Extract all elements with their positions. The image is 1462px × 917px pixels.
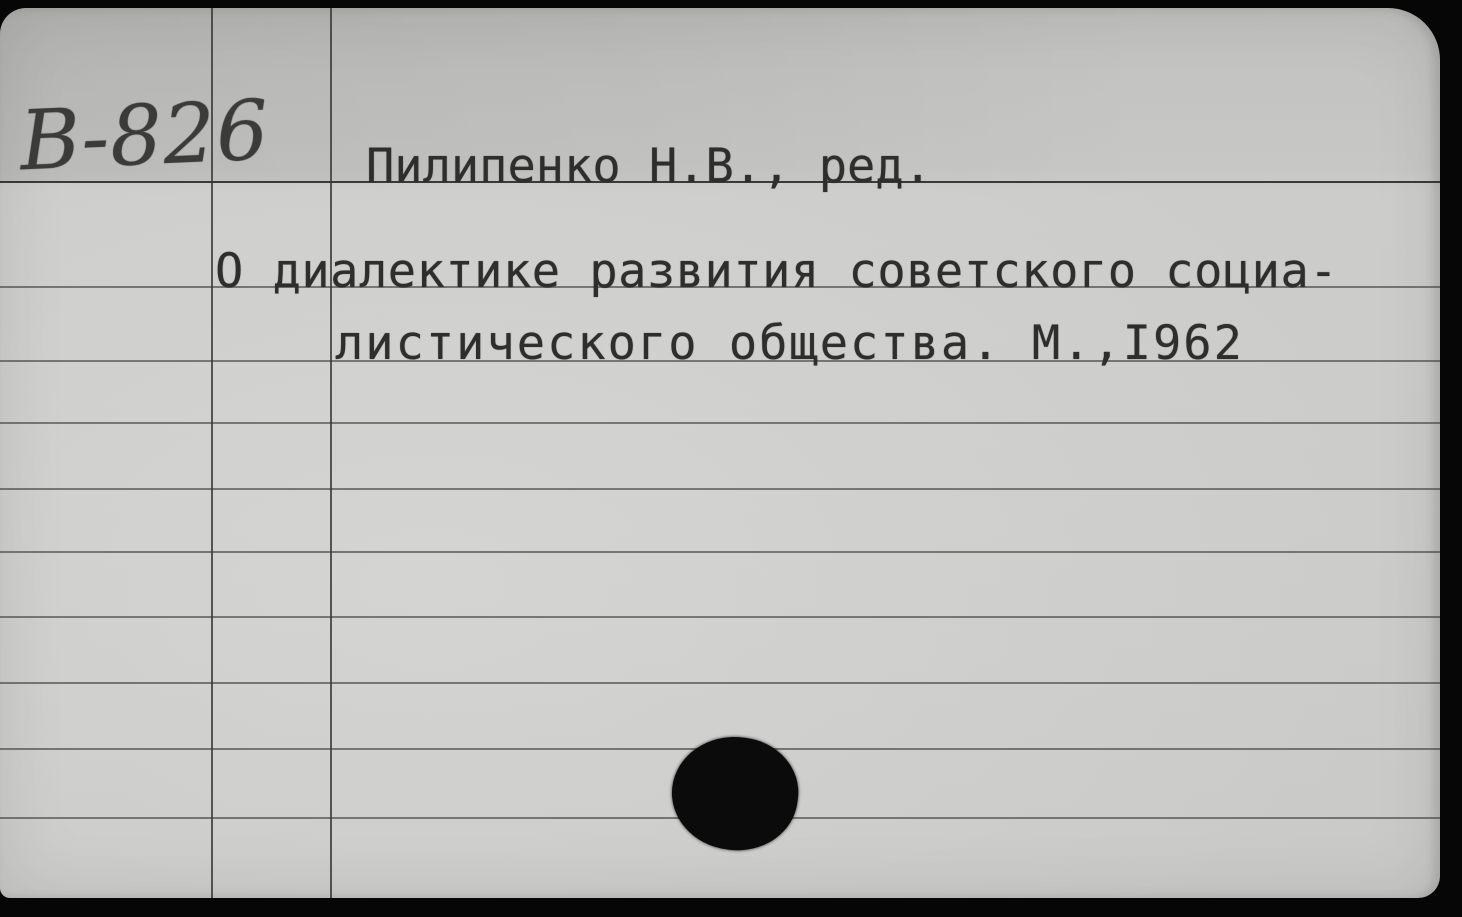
rule-line [0,682,1440,684]
column-rule-right [330,8,332,898]
rule-line [0,616,1440,618]
rule-line [0,551,1440,553]
rule-line [0,488,1440,490]
title-line-2: листического общества. М.,I962 [335,320,1244,367]
scanned-library-card-photo: { "card": { "call_number": "В-826", "aut… [0,0,1462,917]
author-line: Пилипенко Н.В., ред. [366,143,932,190]
rule-line [0,422,1440,424]
catalog-card: В-826 Пилипенко Н.В., ред. О диалектике … [0,8,1440,898]
title-line-1: О диалектике развития советского социа- [215,248,1338,295]
call-number-handwritten: В-826 [18,91,271,184]
